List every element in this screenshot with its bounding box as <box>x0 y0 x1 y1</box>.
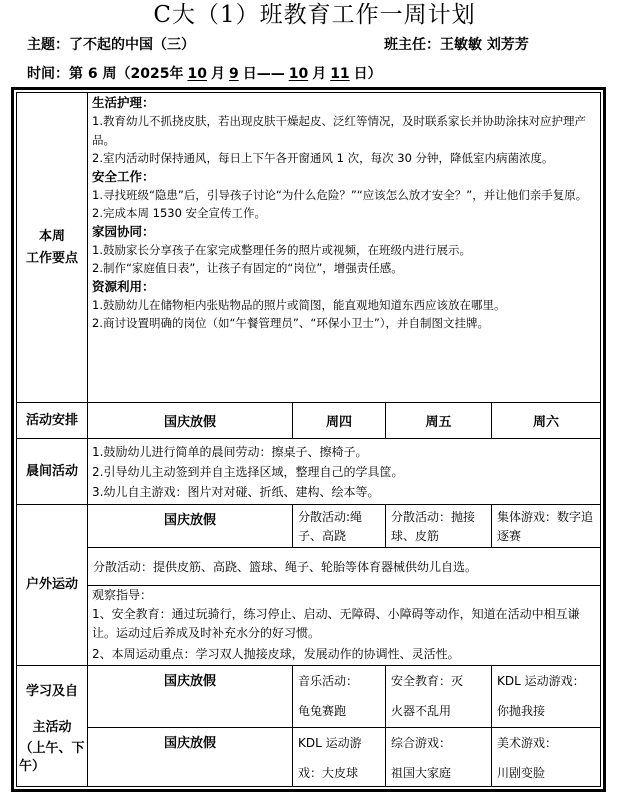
outdoor-thursday: 分散活动:绳子、高跷 <box>293 505 386 548</box>
pm-saturday-line1: 美术游戏： <box>497 728 595 758</box>
resources-item: 1.鼓励幼儿在储物柜内张贴物品的照片或简图，能直观地知道东西应该放在哪里。 <box>92 296 596 315</box>
pm-friday-line2: 祖国大家庭 <box>391 758 486 786</box>
plan-table-inner: 本周 工作要点 生活护理： 1.教育幼儿不抓挠皮肤，若出现皮肤干燥起皮、泛红等情… <box>16 92 601 787</box>
morning-content: 1.鼓励幼儿进行简单的晨间劳动：擦桌子、擦椅子。 2.引导幼儿主动签到并自主选择… <box>88 439 600 505</box>
outdoor-saturday: 集体游戏：数字追逐赛 <box>492 505 600 548</box>
column-friday: 周五 <box>386 403 492 439</box>
learning-pm-thursday: KDL 运动游 戏：大皮球 <box>293 728 386 786</box>
life-care-item: 1.教育幼儿不抓挠皮肤，若出现皮肤干燥起皮、泛红等情况，及时联系家长并协助涂抹对… <box>92 112 596 149</box>
learning-label-line1: 学习及自 <box>26 680 78 704</box>
outdoor-friday: 分散活动：抛接球、皮筋 <box>386 505 492 548</box>
theme-line: 主题：了不起的中国（三） <box>27 35 195 55</box>
learning-am-friday: 安全教育：灭 火器不乱用 <box>386 666 492 728</box>
am-saturday-line2: 你抛我接 <box>497 696 595 726</box>
teacher-value: 王敏敏 刘芳芳 <box>440 37 529 53</box>
start-day: 9 <box>225 64 243 84</box>
section-heading-safety: 安全工作： <box>92 168 596 186</box>
end-day: 11 <box>326 64 353 84</box>
morning-label: 晨间活动 <box>17 439 88 505</box>
learning-label-line4: 午） <box>17 758 45 776</box>
month-char-2: 月 <box>312 66 326 82</box>
learning-am-holiday: 国庆放假 <box>88 666 293 728</box>
column-holiday: 国庆放假 <box>88 403 293 439</box>
section-heading-home-school: 家园协同： <box>92 223 596 241</box>
guidance-item: 1、安全教育：通过玩骑行，练习停止、启动、无障碍、小障碍等动作，知道在活动中相互… <box>92 605 596 643</box>
am-thursday-line1: 音乐活动： <box>298 666 380 696</box>
plan-table: 本周 工作要点 生活护理： 1.教育幼儿不抓挠皮肤，若出现皮肤干燥起皮、泛红等情… <box>11 87 606 792</box>
time-close: 日） <box>354 66 382 82</box>
learning-pm-holiday: 国庆放假 <box>88 728 293 786</box>
safety-item: 1.寻找班级“隐患”后，引导孩子讨论“为什么危险？”“应该怎么放才安全？”，并让… <box>92 186 596 205</box>
section-heading-resources: 资源利用： <box>92 278 596 296</box>
pm-friday-line1: 综合游戏： <box>391 728 486 758</box>
resources-item: 2.商讨设置明确的岗位（如“午餐管理员”、“环保小卫士”），并自制图文挂牌。 <box>92 314 596 333</box>
time-label: 时间：第 6 周（2025年 <box>27 66 183 82</box>
pm-thursday-line1: KDL 运动游 <box>298 728 380 758</box>
am-friday-line2: 火器不乱用 <box>391 696 486 726</box>
theme-value: 了不起的中国（三） <box>69 37 195 53</box>
morning-item: 2.引导幼儿主动签到并自主选择区域，整理自己的学具筐。 <box>92 462 596 482</box>
month-char: 月 <box>211 66 225 82</box>
morning-item: 3.幼儿自主游戏：图片对对碰、折纸、建构、绘本等。 <box>92 482 596 502</box>
home-school-item: 1.鼓励家长分享孩子在家完成整理任务的照片或视频，在班级内进行展示。 <box>92 241 596 260</box>
learning-am-saturday: KDL 运动游戏： 你抛我接 <box>492 666 600 728</box>
outdoor-guidance: 观察指导： 1、安全教育：通过玩骑行，练习停止、启动、无障碍、小障碍等动作，知道… <box>88 586 600 666</box>
end-month: 10 <box>285 64 312 84</box>
key-points-label-line1: 本周 <box>39 226 65 248</box>
learning-pm-friday: 综合游戏： 祖国大家庭 <box>386 728 492 786</box>
learning-pm-saturday: 美术游戏： 川剧变脸 <box>492 728 600 786</box>
key-points-label: 本周 工作要点 <box>17 93 88 403</box>
start-month: 10 <box>183 64 210 84</box>
guidance-heading: 观察指导： <box>92 586 596 605</box>
schedule-label: 活动安排 <box>17 403 88 439</box>
teacher-line: 班主任：王敏敏 刘芳芳 <box>384 35 529 55</box>
theme-label: 主题： <box>27 37 69 53</box>
outdoor-holiday: 国庆放假 <box>88 505 293 548</box>
key-points-content: 生活护理： 1.教育幼儿不抓挠皮肤，若出现皮肤干燥起皮、泛红等情况，及时联系家长… <box>88 93 600 403</box>
page-title: C大（1）班教育工作一周计划 <box>0 0 629 32</box>
key-points-label-line2: 工作要点 <box>26 248 78 270</box>
learning-am-thursday: 音乐活动： 龟兔赛跑 <box>293 666 386 728</box>
outdoor-free-play: 分散活动：提供皮筋、高跷、篮球、绳子、轮胎等体育器械供幼儿自选。 <box>88 548 600 586</box>
section-heading-life-care: 生活护理： <box>92 94 596 112</box>
safety-item: 2.完成本周 1530 安全宣传工作。 <box>92 204 596 223</box>
pm-saturday-line2: 川剧变脸 <box>497 758 595 786</box>
home-school-item: 2.制作“家庭值日表”，让孩子有固定的“岗位”，增强责任感。 <box>92 259 596 278</box>
am-saturday-line1: KDL 运动游戏： <box>497 666 595 696</box>
column-thursday: 周四 <box>293 403 386 439</box>
learning-label: 学习及自 主活动 （上午、下 午） <box>17 666 88 786</box>
day-separator: 日—— <box>243 66 285 82</box>
am-friday-line1: 安全教育：灭 <box>391 666 486 696</box>
life-care-item: 2.室内活动时保持通风，每日上下午各开窗通风 1 次，每次 30 分钟，降低室内… <box>92 149 596 168</box>
column-saturday: 周六 <box>492 403 600 439</box>
outdoor-label: 户外运动 <box>17 505 88 666</box>
am-thursday-line2: 龟兔赛跑 <box>298 696 380 726</box>
time-line: 时间：第 6 周（2025年10月9日——10月11日） <box>27 64 382 84</box>
learning-label-line2: 主活动 <box>32 716 71 740</box>
learning-label-line3: （上午、下 <box>19 740 84 758</box>
teacher-label: 班主任： <box>384 37 440 53</box>
guidance-item: 2、本周运动重点：学习双人抛接皮球，发展动作的协调性、灵活性。 <box>92 645 596 664</box>
morning-item: 1.鼓励幼儿进行简单的晨间劳动：擦桌子、擦椅子。 <box>92 442 596 462</box>
pm-thursday-line2: 戏：大皮球 <box>298 758 380 786</box>
